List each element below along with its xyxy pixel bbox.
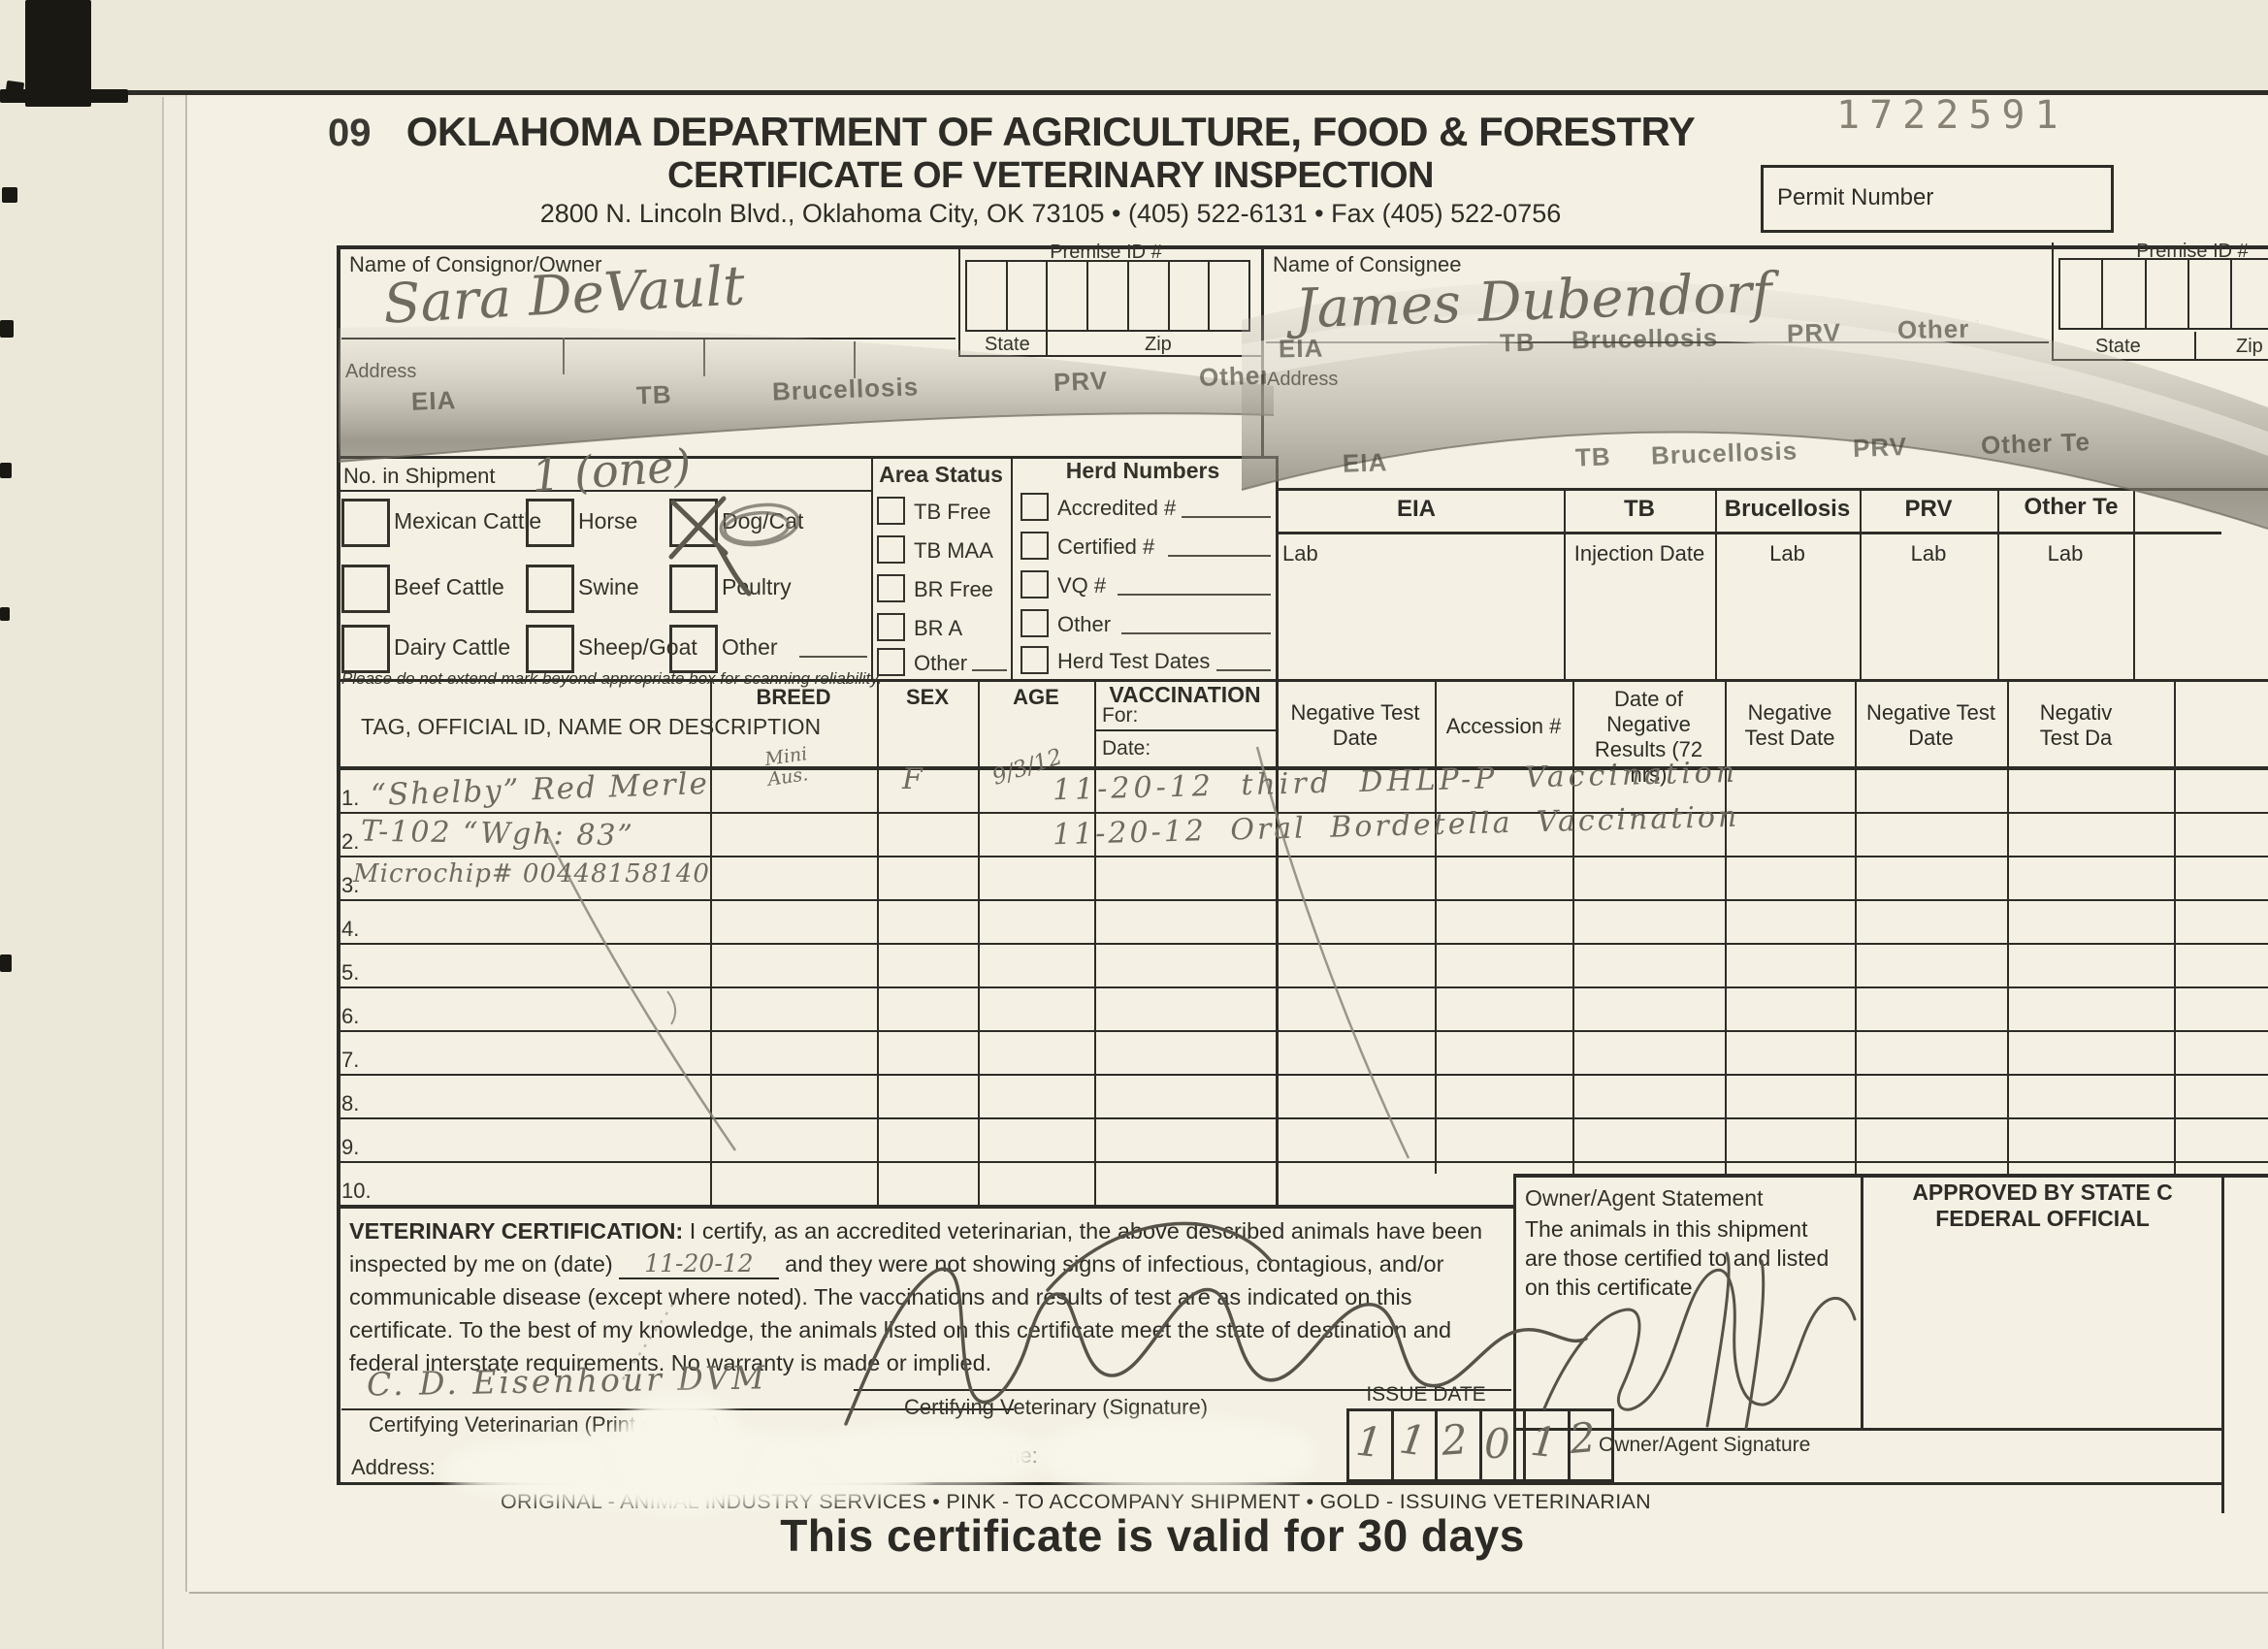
premise-cell — [1008, 262, 1049, 330]
area-status-item: BR A — [914, 616, 962, 641]
certification-title: VETERINARY CERTIFICATION: — [349, 1218, 683, 1244]
owner-signature-label: Owner/Agent Signature — [1599, 1434, 1810, 1457]
ghost-header: EIA — [1342, 447, 1387, 479]
ghost-header: PRV — [1053, 366, 1108, 398]
serial-stamp: 1722591 — [1836, 93, 2068, 138]
checkbox-horse — [526, 499, 574, 547]
checkbox-accredited — [1021, 493, 1049, 521]
consignee-premise-grid — [2058, 258, 2268, 330]
issue-date-digit: 1 — [1529, 1417, 1560, 1468]
scanned-certificate-page: 09 OKLAHOMA DEPARTMENT OF AGRICULTURE, F… — [0, 0, 2268, 1649]
area-status-item: Other — [914, 651, 967, 676]
approved-line2: FEDERAL OFFICIAL — [1863, 1206, 2221, 1232]
row-number: 5. — [341, 960, 359, 986]
sheet-edge-line — [162, 97, 164, 1649]
certification-date-label: (date) — [553, 1251, 612, 1277]
test-col-line — [1860, 488, 1862, 679]
address-field-tick — [563, 338, 565, 374]
herd-line — [1118, 594, 1271, 596]
redaction-smear — [1043, 1420, 1314, 1490]
row3-id: Microchip# 00448158140 — [353, 859, 710, 889]
row-line — [337, 899, 2268, 901]
premise-cell — [2060, 260, 2103, 328]
sex-header: SEX — [877, 685, 978, 710]
scan-artifact — [0, 607, 10, 621]
herd-item: VQ # — [1057, 573, 1106, 598]
herd-item: Herd Test Dates — [1057, 649, 1210, 674]
test-sub-injection-date: Injection Date — [1564, 541, 1715, 566]
row-line — [337, 1074, 2268, 1076]
col-line — [1572, 681, 1574, 1174]
species-label: Horse — [578, 508, 637, 534]
ghost-header: PRV — [1852, 432, 1907, 464]
checkbox-herd-test-dates — [1021, 646, 1049, 674]
row-number: 7. — [341, 1048, 359, 1073]
herd-line — [1168, 555, 1271, 557]
result-header: Negative Test Date — [1285, 700, 1425, 751]
checkbox-swine — [526, 565, 574, 613]
herd-line — [1121, 632, 1271, 634]
age-header: AGE — [978, 685, 1094, 710]
header-title-block: OKLAHOMA DEPARTMENT OF AGRICULTURE, FOOD… — [391, 109, 1710, 229]
row1-sex: F — [902, 762, 923, 796]
checkbox-poultry — [669, 565, 718, 613]
vaccination-for-label: For: — [1102, 704, 1138, 727]
premise-cell — [2103, 260, 2146, 328]
consignor-zip-label: Zip — [1145, 334, 1172, 356]
checkbox-br-free — [877, 574, 905, 602]
checkbox-tb-maa — [877, 535, 905, 564]
address-field-tick — [854, 341, 856, 378]
test-col-tb: TB — [1591, 497, 1688, 522]
premise-cell — [967, 262, 1008, 330]
scan-artifact — [0, 320, 14, 338]
herd-numbers-title: Herd Numbers — [1046, 458, 1240, 484]
consignee-zip-label: Zip — [2236, 336, 2263, 358]
herd-item: Certified # — [1057, 534, 1154, 560]
issue-date-digit: 2 — [1440, 1415, 1469, 1465]
shipment-count-label: No. in Shipment — [343, 464, 496, 489]
state-zip-divider — [2194, 332, 2196, 359]
checkbox-br-a — [877, 613, 905, 641]
result-header: Negative Test Date — [1733, 700, 1847, 751]
approved-right-border — [2221, 1174, 2224, 1513]
consignee-state-label: State — [2095, 336, 2141, 358]
test-sub-lab: Lab — [1997, 541, 2133, 566]
test-sub-lab: Lab — [1282, 541, 1318, 566]
herd-item: Other — [1057, 612, 1111, 637]
species-label: Swine — [578, 574, 639, 600]
row-line — [337, 1117, 2268, 1119]
vet-signature-label: Certifying Veterinary (Signature) — [904, 1395, 1208, 1420]
approved-line1: APPROVED BY STATE C — [1863, 1180, 2221, 1206]
consignor-premise-divider — [958, 245, 960, 355]
checkbox-other-species — [669, 625, 718, 673]
row2-id: T-102 “Wgh: 83” — [361, 815, 634, 854]
checkbox-herd-other — [1021, 609, 1049, 637]
row10-bottom-line — [337, 1205, 1513, 1209]
breed-header: BREED — [710, 685, 877, 710]
agency-title: OKLAHOMA DEPARTMENT OF AGRICULTURE, FOOD… — [391, 109, 1710, 155]
permit-number-label: Permit Number — [1764, 168, 1933, 228]
state-zip-divider — [1046, 330, 1048, 355]
approved-box-text: APPROVED BY STATE C FEDERAL OFFICIAL — [1863, 1180, 2221, 1232]
consignor-address-label: Address — [345, 361, 416, 383]
premise-cell — [2189, 260, 2232, 328]
ghost-header: Brucellosis — [1651, 436, 1798, 470]
checkbox-area-other — [877, 648, 905, 676]
vaccination-for-line — [1094, 729, 1276, 731]
test-col-eia: EIA — [1358, 497, 1474, 522]
premise-cell — [2232, 260, 2268, 328]
test-col-line — [1564, 488, 1566, 679]
checkbox-certified — [1021, 532, 1049, 560]
test-col-brucellosis: Brucellosis — [1715, 497, 1860, 522]
shipment-area-divider — [871, 456, 873, 679]
herd-line — [1182, 516, 1271, 518]
ghost-header: TB — [635, 379, 672, 410]
consignee-address-label: Address — [1267, 369, 1338, 391]
redaction-smear — [617, 1395, 743, 1511]
scan-artifact — [5, 81, 24, 100]
scan-artifact — [0, 463, 12, 478]
row-number: 10. — [341, 1179, 372, 1204]
row-number: 2. — [341, 829, 359, 855]
row-number: 9. — [341, 1135, 359, 1160]
premise-cell — [1210, 262, 1248, 330]
address-label: Address: — [351, 1455, 436, 1480]
test-col-prv: PRV — [1870, 497, 1987, 522]
premise-cell — [1129, 262, 1170, 330]
issue-date-digit: 0 — [1484, 1420, 1510, 1468]
premise-cell — [2147, 260, 2189, 328]
consignor-consignee-divider — [1261, 245, 1264, 456]
ghost-header: Brucellosis — [772, 372, 920, 406]
address-field-tick — [703, 339, 705, 376]
issue-date-digit: 2 — [1568, 1413, 1598, 1463]
area-status-item: TB MAA — [914, 538, 993, 564]
consignee-statezip-line — [2052, 359, 2268, 361]
area-herd-divider — [1011, 456, 1013, 679]
row-line — [337, 943, 2268, 945]
form-top-border — [337, 245, 2268, 249]
checkbox-sheep-goat — [526, 625, 574, 673]
col-line — [2007, 681, 2009, 1174]
row1-breed: Mini Aus. — [763, 744, 811, 791]
consignor-name-line — [341, 338, 956, 339]
page-code: 09 — [328, 112, 372, 155]
consignee-premise-divider — [2052, 242, 2054, 359]
species-label: Dairy Cattle — [394, 634, 510, 661]
ghost-header: PRV — [1787, 318, 1842, 349]
checkbox-tb-free — [877, 497, 905, 525]
premise-cell — [1048, 262, 1088, 330]
permit-number-box: Permit Number — [1761, 165, 2114, 233]
checkbox-vq — [1021, 570, 1049, 598]
row-number: 4. — [341, 917, 359, 942]
tests-top-line — [1276, 488, 2268, 491]
test-col-line — [1997, 488, 1999, 679]
checkbox-dog-cat — [669, 499, 718, 547]
row-line — [337, 1161, 2268, 1163]
result-header: Negative Test Date — [1863, 700, 1999, 751]
species-label: Dog/Cat — [722, 508, 803, 534]
test-sub-lab: Lab — [1715, 541, 1860, 566]
species-label: Mexican Cattle — [394, 508, 541, 534]
scan-artifact — [0, 954, 12, 972]
vet-printed-name: C. D. Eisenhour DVM — [367, 1358, 767, 1403]
col-line — [2174, 681, 2176, 1174]
owner-statement-body: The animals in this shipment are those c… — [1525, 1214, 1845, 1302]
consignor-premise-grid — [965, 260, 1250, 332]
sheet-bottom-edge — [189, 1592, 2268, 1594]
herd-item: Accredited # — [1057, 496, 1176, 521]
tests-header-underline — [1276, 532, 2221, 534]
row-number: 6. — [341, 1004, 359, 1029]
herd-line — [1216, 669, 1271, 671]
owner-statement-title: Owner/Agent Statement — [1525, 1185, 1763, 1212]
certification-paragraph: VETERINARY CERTIFICATION: I certify, as … — [349, 1214, 1504, 1379]
row-number: 1. — [341, 786, 359, 811]
id-column-header: TAG, OFFICIAL ID, NAME OR DESCRIPTION — [361, 714, 821, 740]
owner-box-top — [1513, 1174, 2268, 1178]
issue-date-digit: 1 — [1354, 1417, 1385, 1468]
front-sheet-edge-line — [185, 92, 187, 1592]
ghost-header: TB — [1574, 441, 1611, 472]
col-line — [1855, 681, 1857, 1174]
row-line — [337, 856, 2268, 857]
other-species-line — [799, 656, 867, 658]
validity-note: This certificate is valid for 30 days — [716, 1509, 1589, 1562]
area-status-title: Area Status — [873, 462, 1009, 488]
consignor-state-label: State — [985, 334, 1030, 356]
shipment-count-value: 1 (one) — [530, 438, 693, 501]
checkbox-mexican-cattle — [341, 499, 390, 547]
checkbox-beef-cattle — [341, 565, 390, 613]
scan-artifact — [2, 187, 17, 203]
area-status-item: TB Free — [914, 500, 990, 525]
vaccination-date-label: Date: — [1102, 737, 1150, 760]
col-line — [1435, 681, 1437, 1174]
area-status-item: BR Free — [914, 577, 993, 602]
species-label: Poultry — [722, 574, 792, 600]
issue-date-label: ISSUE DATE — [1353, 1383, 1499, 1406]
area-other-line — [972, 669, 1007, 671]
result-header: Accession # — [1442, 714, 1565, 739]
test-col-other: Other Te — [2003, 495, 2139, 520]
test-sub-lab: Lab — [1860, 541, 1997, 566]
checkbox-dairy-cattle — [341, 625, 390, 673]
species-label: Other — [722, 634, 778, 661]
row-line — [337, 1030, 2268, 1032]
ghost-header: EIA — [410, 385, 456, 417]
result-header: Negativ Test Da — [2023, 700, 2129, 751]
species-label: Beef Cattle — [394, 574, 504, 600]
ghost-header: Other Te — [1980, 427, 2090, 461]
row-number: 8. — [341, 1091, 359, 1116]
owner-box-bottom — [1513, 1428, 2224, 1431]
certificate-title: CERTIFICATE OF VETERINARY INSPECTION — [391, 155, 1710, 197]
agency-address: 2800 N. Lincoln Blvd., Oklahoma City, OK… — [391, 199, 1710, 229]
premise-cell — [1088, 262, 1129, 330]
form-left-border — [337, 245, 340, 1485]
certification-date-value: 11-20-12 — [619, 1249, 778, 1279]
row-line — [337, 986, 2268, 988]
premise-cell — [1170, 262, 1211, 330]
redaction-smear — [825, 1426, 1038, 1484]
